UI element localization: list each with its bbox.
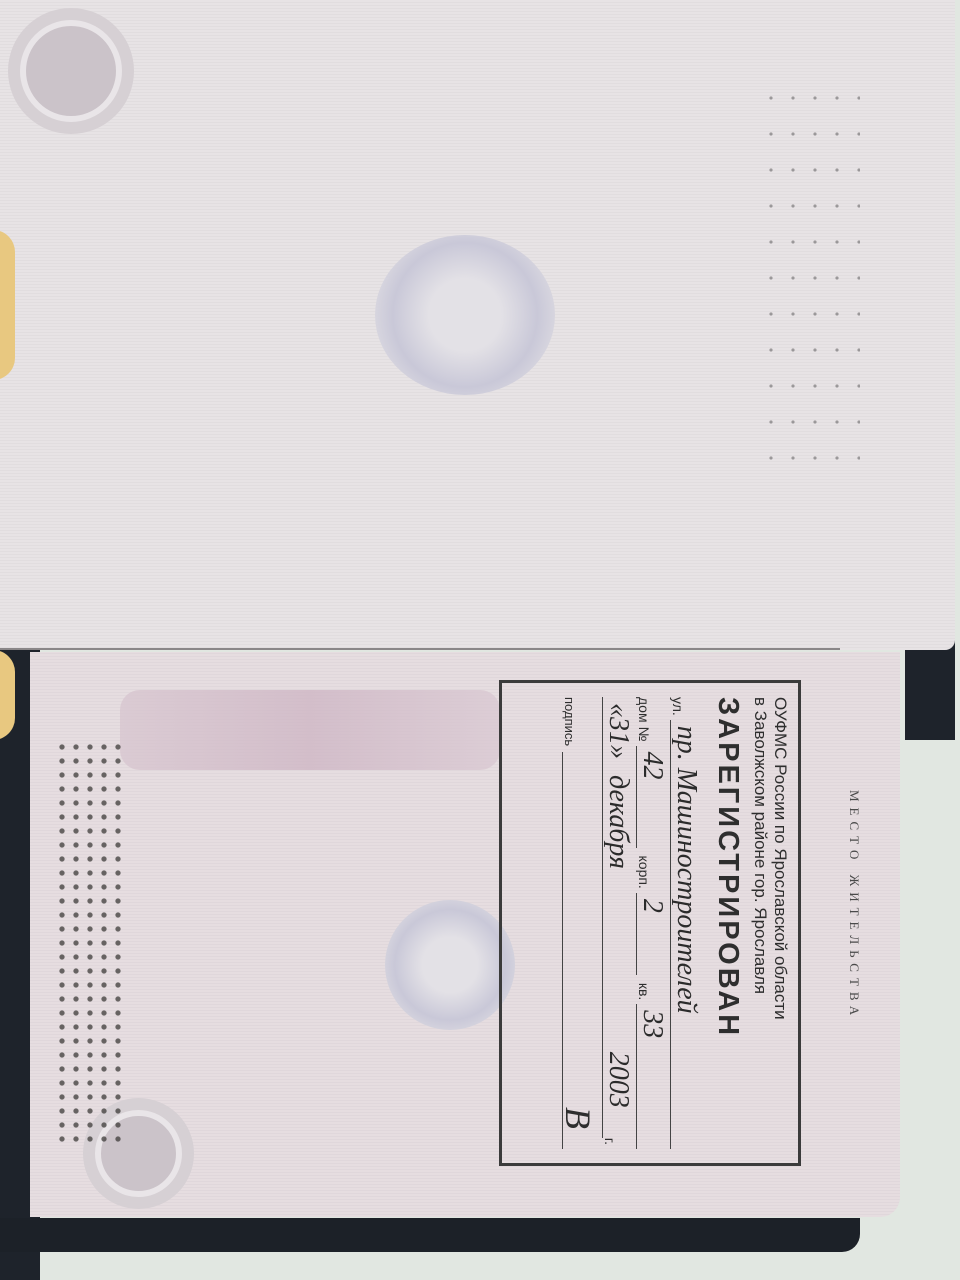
date-row: «31» декабря 2003 г. — [602, 697, 636, 1149]
house-row: дом № 42 корп. 2 кв. 33 — [636, 697, 670, 1149]
finger — [0, 650, 15, 740]
stamp-status: ЗАРЕГИСТРИРОВАН — [710, 697, 746, 1149]
signature-line: В — [562, 752, 587, 1149]
street-row: ул. пр. Машиностроителей — [670, 697, 704, 1149]
passport-cover-bottom — [0, 1218, 860, 1252]
signature-row: подпись В — [562, 697, 602, 1149]
page-fold-line — [0, 648, 840, 650]
passport-page-upper — [0, 0, 955, 650]
building-label: корп. — [636, 856, 652, 889]
finger — [0, 230, 15, 380]
apartment-value: 33 — [636, 1004, 667, 1149]
street-label: ул. — [670, 697, 686, 716]
signature-label: подпись — [562, 697, 577, 746]
date-day: «31» — [602, 697, 633, 769]
street-value: пр. Машиностроителей — [670, 720, 701, 1149]
stamp-authority-line1: ОУФМС России по Ярославской области — [770, 697, 790, 1149]
section-label: МЕСТО ЖИТЕЛЬСТВА — [842, 790, 862, 1110]
registration-stamp-area: ОУФМС России по Ярославской области в За… — [495, 676, 805, 1170]
apartment-label: кв. — [636, 983, 652, 1000]
house-label: дом № — [636, 697, 652, 742]
building-value: 2 — [636, 893, 667, 975]
date-year: 2003 — [602, 1046, 633, 1138]
year-suffix: г. — [602, 1138, 618, 1145]
house-value: 42 — [636, 746, 667, 848]
faded-stamp-marks — [760, 80, 860, 480]
watermark-emblem — [375, 235, 555, 395]
registration-stamp: ОУФМС России по Ярославской области в За… — [499, 680, 801, 1166]
ornament-rosette — [20, 20, 122, 122]
stamp-authority-line2: в Заволжском районе гор. Ярославля — [750, 697, 770, 1149]
date-month: декабря — [602, 769, 633, 1046]
ornament-band — [120, 690, 500, 770]
signature-mark: В — [557, 1107, 599, 1129]
perforated-serial-number — [55, 740, 125, 1150]
